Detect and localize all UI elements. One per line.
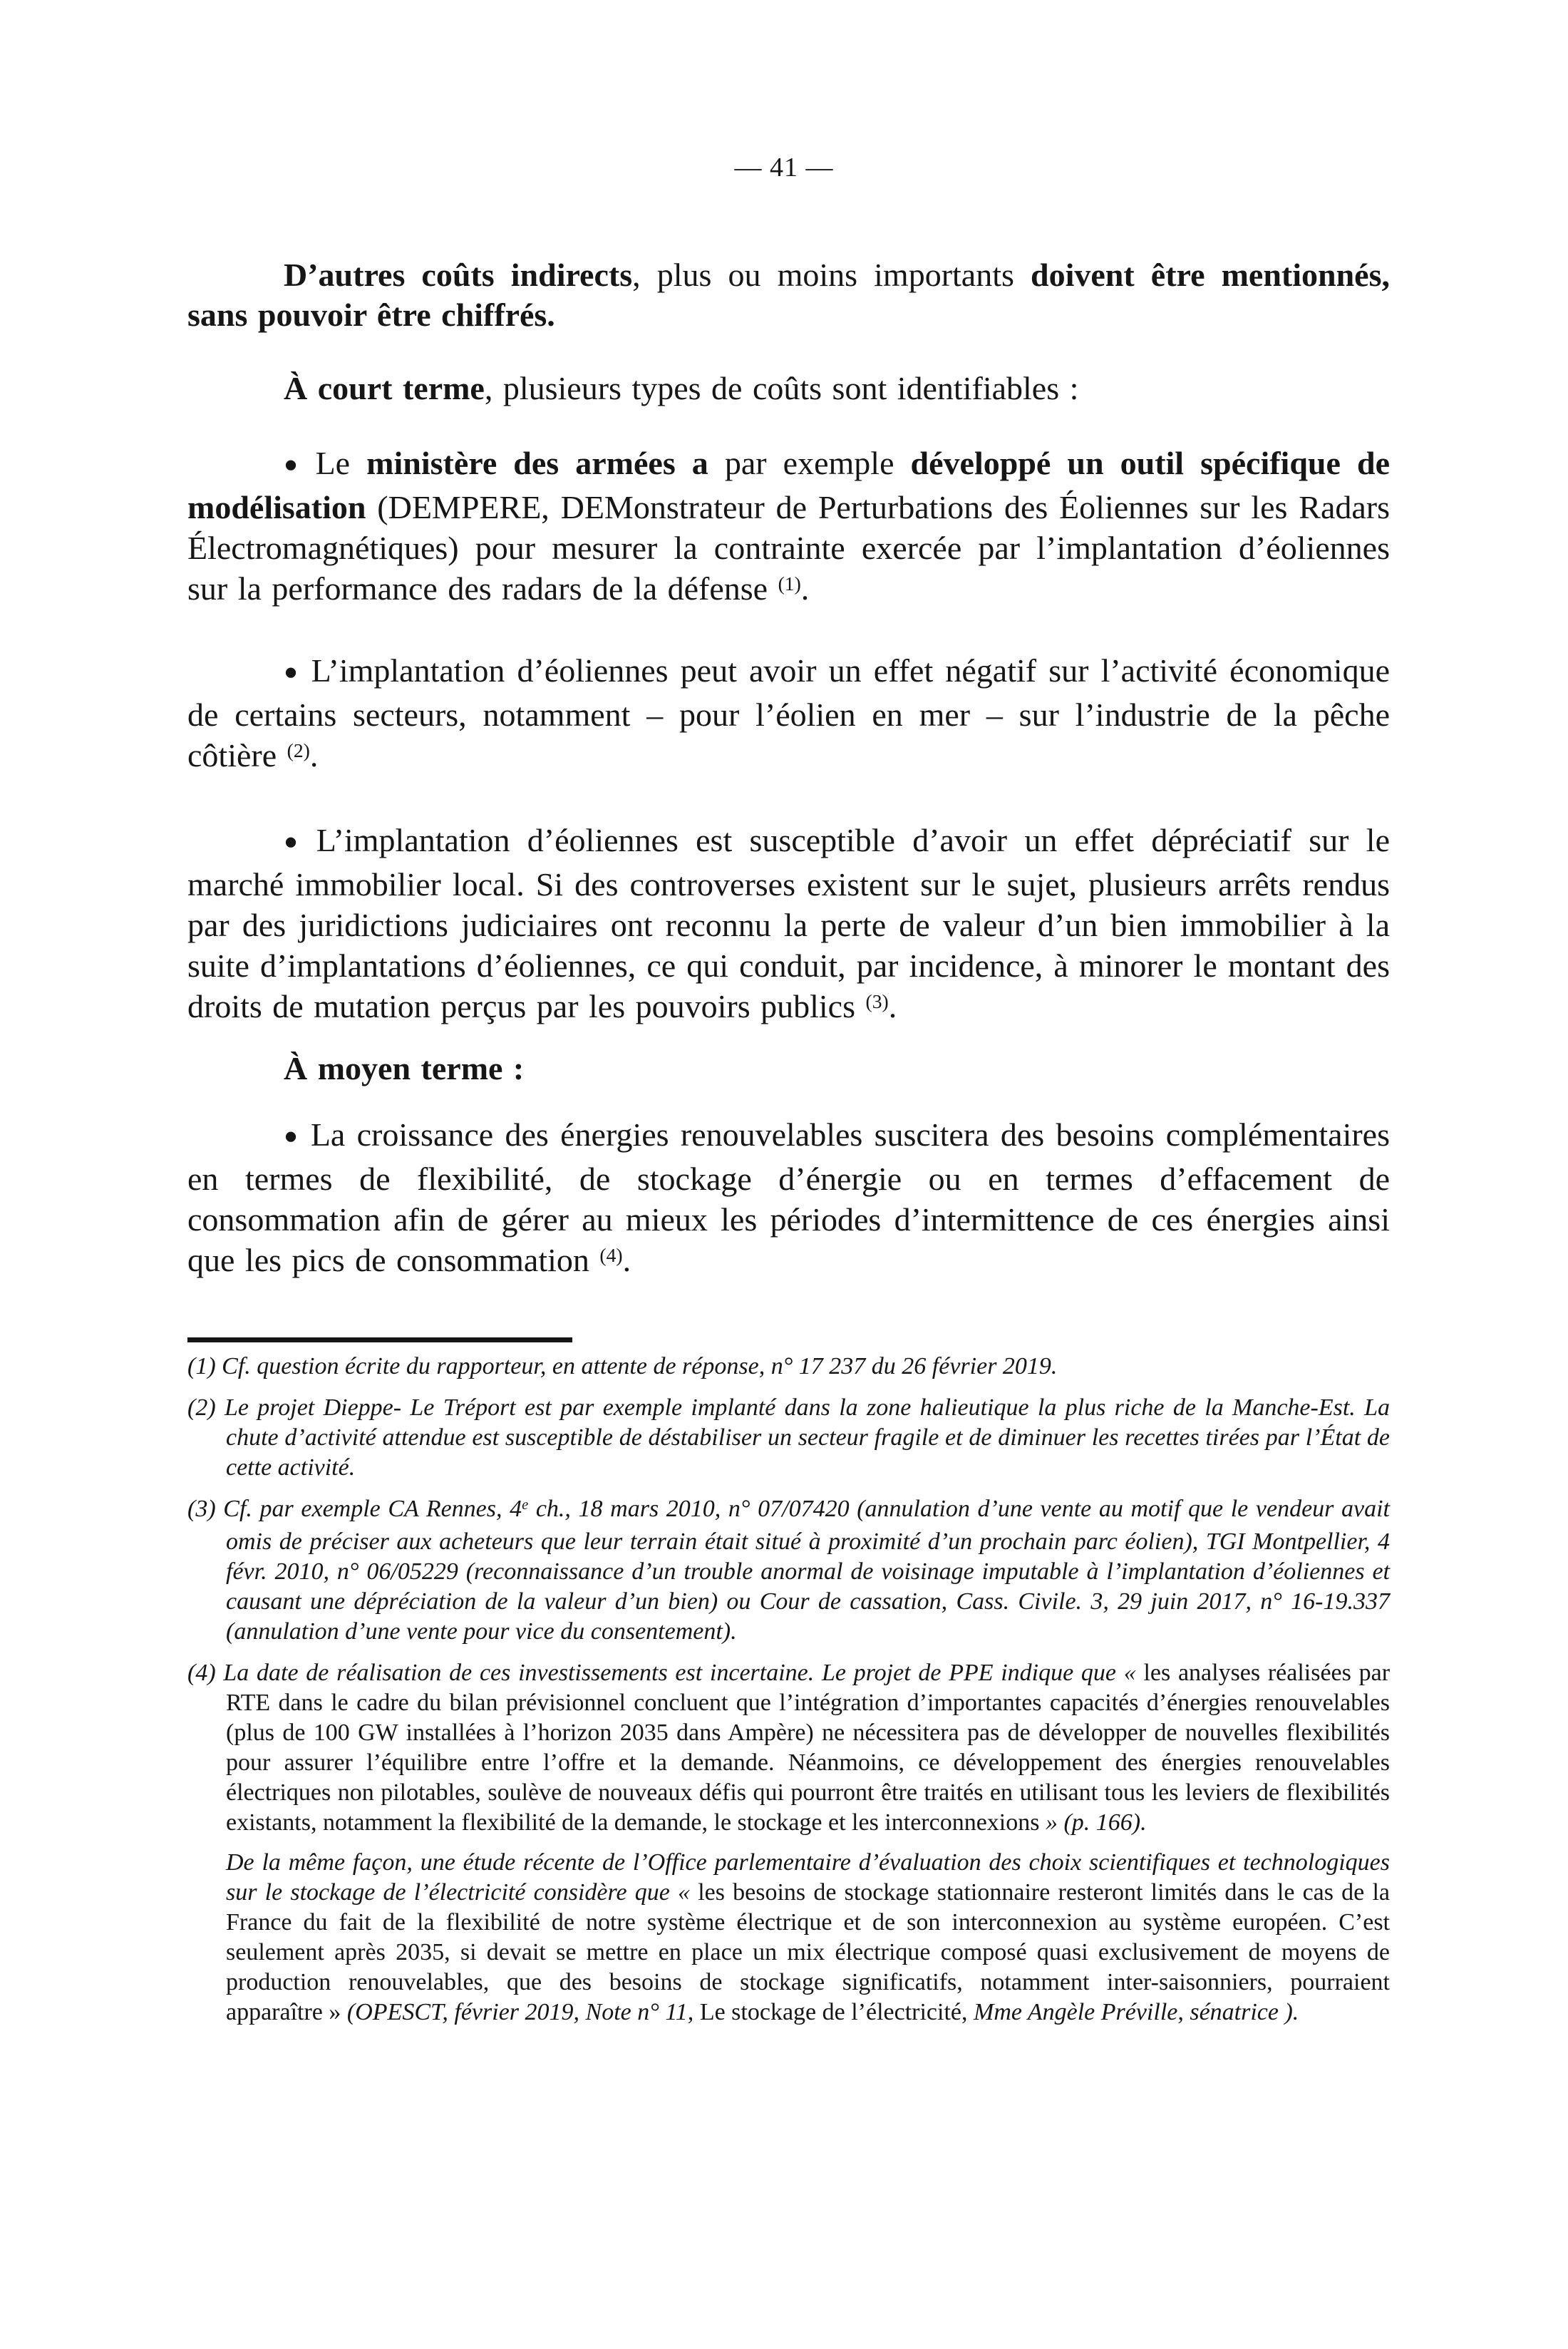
footnote-marker: (3): [187, 1496, 216, 1522]
footnote-list: (1) Cf. question écrite du rapporteur, e…: [187, 1352, 1390, 2027]
text-run: .: [889, 988, 897, 1024]
text-run: .: [623, 1242, 631, 1278]
bullet-icon: ●: [284, 828, 316, 855]
bullet-paragraph: ●L’implantation d’éoliennes peut avoir u…: [187, 650, 1390, 780]
footnote-item: (3) Cf. par exemple CA Rennes, 4e ch., 1…: [187, 1494, 1390, 1647]
bullet-icon: ●: [284, 451, 316, 478]
text-run: L’implantation d’éoliennes peut avoir un…: [187, 652, 1390, 773]
text-run: (OPESCT, février 2019, Note n° 11,: [341, 1999, 693, 2025]
bullet-icon: ●: [284, 1123, 311, 1149]
footnote-ref: (1): [778, 572, 801, 595]
footnote-item: De la même façon, une étude récente de l…: [187, 1848, 1390, 2027]
text-run: .: [310, 737, 319, 773]
text-run: ministère des armées a: [366, 445, 708, 481]
footnote-ref: e: [522, 1497, 528, 1513]
text-run: Cf. question écrite du rapporteur, en at…: [222, 1353, 1057, 1379]
text-run: D’autres coûts indirects: [284, 257, 632, 293]
text-run: par exemple: [708, 445, 911, 481]
footnotes-section: (1) Cf. question écrite du rapporteur, e…: [187, 1337, 1390, 2027]
text-run: Mme Angèle Préville, sénatrice ).: [968, 1999, 1299, 2025]
footnote-item: (2) Le projet Dieppe- Le Tréport est par…: [187, 1393, 1390, 1483]
paragraph: À court terme, plusieurs types de coûts …: [187, 368, 1390, 408]
text-run: , plusieurs types de coûts sont identifi…: [485, 370, 1079, 406]
footnote-separator-rule: [187, 1337, 572, 1342]
text-run: Le stockage de l’électricité,: [693, 1999, 967, 2025]
text-run: .: [801, 570, 810, 607]
text-run: Cf. par exemple CA Rennes, 4: [223, 1496, 522, 1522]
footnote-marker: (2): [187, 1394, 216, 1421]
text-run: Le projet Dieppe- Le Tréport est par exe…: [225, 1394, 1390, 1481]
footnote-item: (1) Cf. question écrite du rapporteur, e…: [187, 1352, 1390, 1382]
footnote-ref: (4): [599, 1244, 622, 1266]
body-text: D’autres coûts indirects, plus ou moins …: [187, 0, 1390, 1285]
text-run: À moyen terme :: [284, 1050, 524, 1086]
text-run: À court terme: [284, 370, 485, 406]
paragraph: À moyen terme :: [187, 1048, 1390, 1089]
text-run: Le: [316, 445, 367, 481]
bullet-paragraph: ●Le ministère des armées a par exemple d…: [187, 443, 1390, 613]
document-page: — 41 — D’autres coûts indirects, plus ou…: [0, 0, 1568, 2349]
footnote-marker: (4): [187, 1660, 216, 1686]
text-run: » (p. 166).: [1039, 1809, 1146, 1836]
bullet-icon: ●: [284, 659, 311, 685]
footnote-item: (4) La date de réalisation de ces invest…: [187, 1658, 1390, 1838]
footnote-marker: (1): [187, 1353, 216, 1379]
text-run: , plus ou moins importants: [632, 257, 1031, 293]
bullet-paragraph: ●L’implantation d’éoliennes est suscepti…: [187, 820, 1390, 1031]
text-run: La date de réalisation de ces investisse…: [223, 1660, 1143, 1686]
text-run: La croissance des énergies renouvelables…: [187, 1116, 1390, 1278]
paragraph: D’autres coûts indirects, plus ou moins …: [187, 255, 1390, 335]
text-run: les analyses réalisées par RTE dans le c…: [226, 1660, 1390, 1836]
footnote-ref: (3): [866, 990, 889, 1012]
bullet-paragraph: ●La croissance des énergies renouvelable…: [187, 1114, 1390, 1285]
text-run: L’implantation d’éoliennes est susceptib…: [187, 822, 1390, 1024]
footnote-ref: (2): [287, 739, 310, 761]
